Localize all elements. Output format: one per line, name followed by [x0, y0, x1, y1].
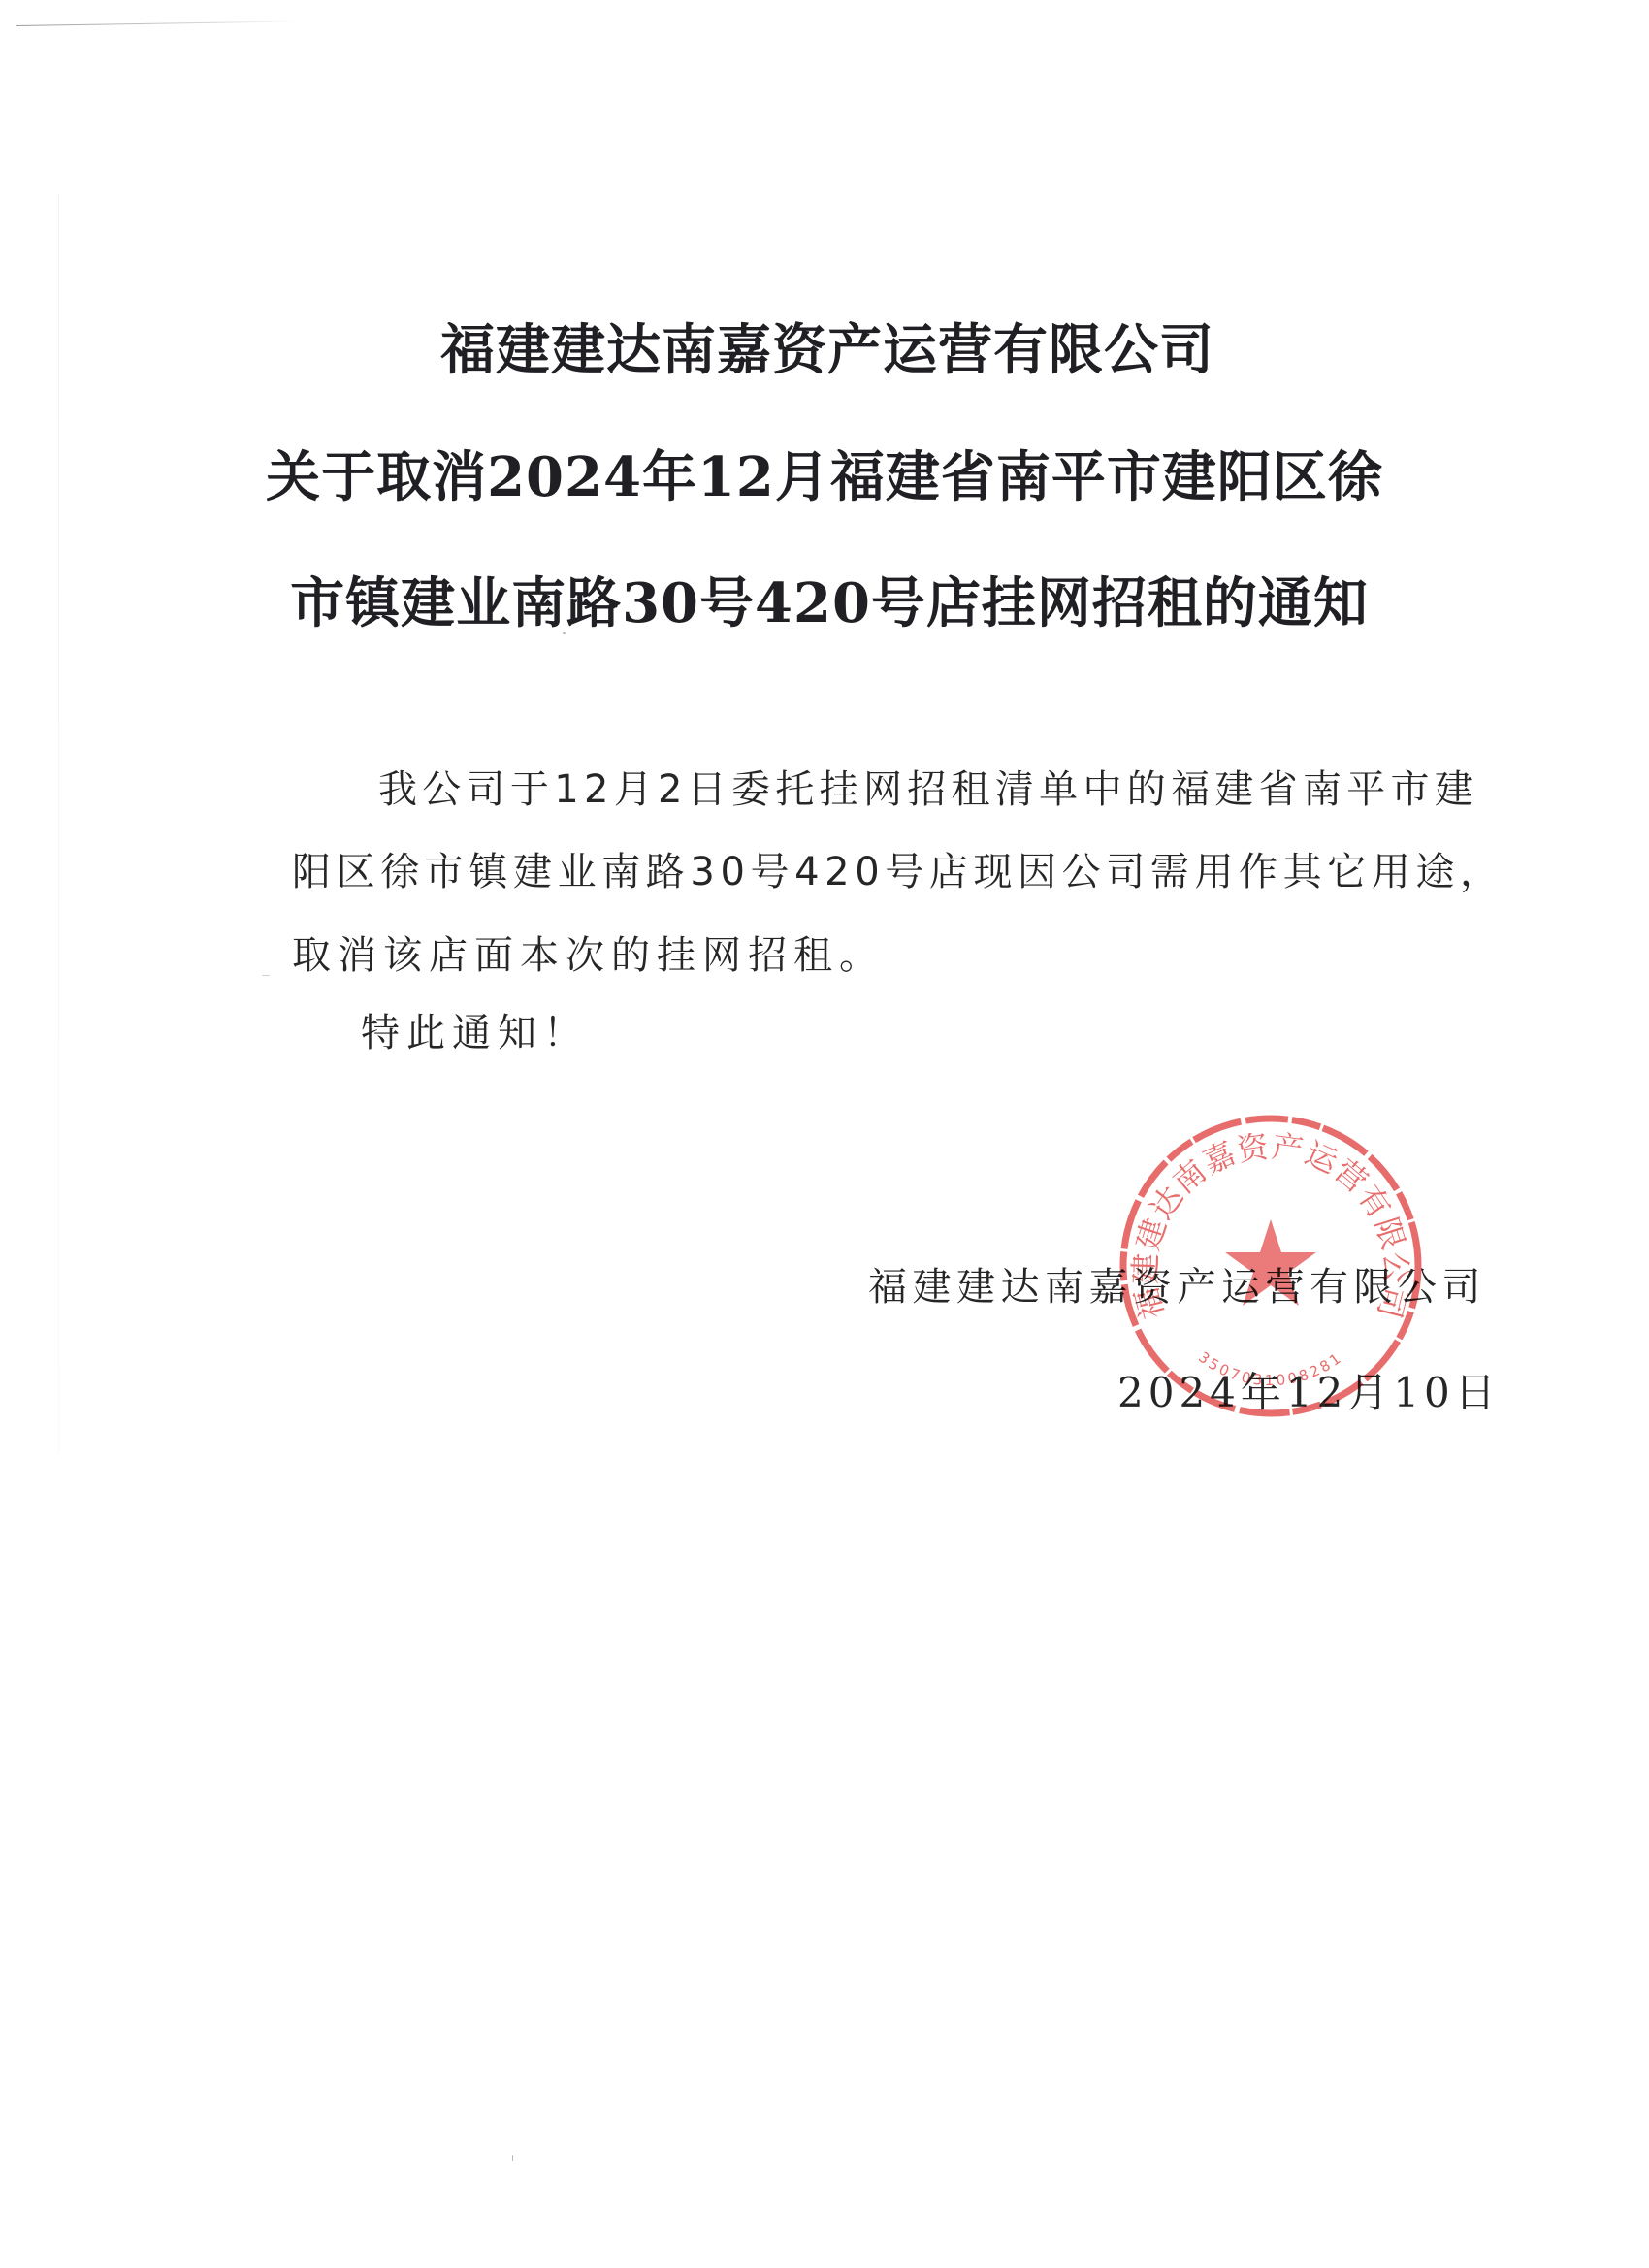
seal-number: 3507031008281: [1195, 1348, 1346, 1389]
scan-speck: [262, 975, 270, 976]
scan-speck: [512, 2155, 513, 2161]
scan-edge-top: [16, 20, 298, 26]
title-company-name: 福建建达南嘉资产运营有限公司: [3, 320, 1649, 380]
body-paragraph-line-1: 我公司于12月2日委托挂网招租清单中的福建省南平市建: [378, 765, 1478, 814]
body-paragraph-line-2: 阳区徐市镇建业南路30号420号店现因公司需用作其它用途，: [292, 848, 1504, 896]
body-paragraph-line-3: 取消该店面本次的挂网招租。: [292, 931, 885, 980]
closing-remark: 特此通知！: [361, 1009, 589, 1057]
seal-star-icon: [1225, 1219, 1316, 1306]
scan-speck: [563, 632, 566, 634]
title-line-3: 市镇建业南路30号420号店挂网招租的通知: [5, 573, 1649, 633]
scan-edge-left: [58, 194, 59, 1455]
official-seal: 福建建达南嘉资产运营有限公司 3507031008281: [1115, 1111, 1426, 1421]
title-line-2: 关于取消2024年12月福建省南平市建阳区徐: [0, 447, 1649, 507]
